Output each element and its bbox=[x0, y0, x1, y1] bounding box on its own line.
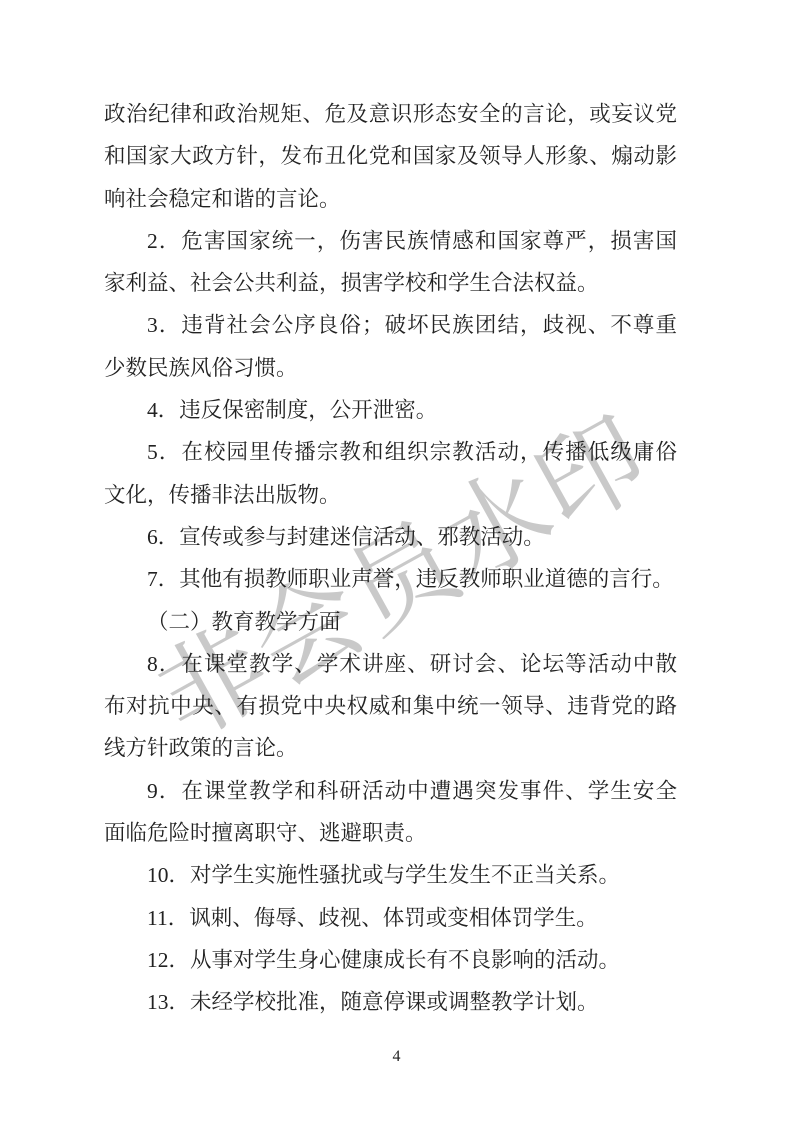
item-7: 7．其他有损教师职业声誉，违反教师职业道德的言行。 bbox=[104, 558, 677, 600]
item-3-line-2: 少数民族风俗习惯。 bbox=[104, 347, 677, 389]
item-1-continuation-line-3: 响社会稳定和谐的言论。 bbox=[104, 178, 677, 220]
item-9-line-1: 9．在课堂教学和科研活动中遭遇突发事件、学生安全 bbox=[104, 770, 677, 812]
item-2-line-1: 2．危害国家统一，伤害民族情感和国家尊严，损害国 bbox=[104, 220, 677, 262]
page-number: 4 bbox=[0, 1046, 793, 1068]
document-body: 政治纪律和政治规矩、危及意识形态安全的言论，或妄议党和国家大政方针，发布丑化党和… bbox=[104, 93, 677, 1024]
item-1-continuation-line-2: 和国家大政方针，发布丑化党和国家及领导人形象、煽动影 bbox=[104, 135, 677, 177]
item-8-line-1: 8．在课堂教学、学术讲座、研讨会、论坛等活动中散 bbox=[104, 643, 677, 685]
item-11: 11．讽刺、侮辱、歧视、体罚或变相体罚学生。 bbox=[104, 897, 677, 939]
item-10: 10．对学生实施性骚扰或与学生发生不正当关系。 bbox=[104, 854, 677, 896]
item-5-line-1: 5．在校园里传播宗教和组织宗教活动，传播低级庸俗 bbox=[104, 431, 677, 473]
section-heading: （二）教育教学方面 bbox=[104, 601, 677, 643]
item-5-line-2: 文化，传播非法出版物。 bbox=[104, 474, 677, 516]
item-4: 4．违反保密制度，公开泄密。 bbox=[104, 389, 677, 431]
item-8-line-3: 线方针政策的言论。 bbox=[104, 727, 677, 769]
document-page: 非会员水印 政治纪律和政治规矩、危及意识形态安全的言论，或妄议党和国家大政方针，… bbox=[0, 0, 793, 1122]
item-9-line-2: 面临危险时擅离职守、逃避职责。 bbox=[104, 812, 677, 854]
item-3-line-1: 3．违背社会公序良俗；破坏民族团结，歧视、不尊重 bbox=[104, 304, 677, 346]
item-6: 6．宣传或参与封建迷信活动、邪教活动。 bbox=[104, 516, 677, 558]
item-1-continuation-line-1: 政治纪律和政治规矩、危及意识形态安全的言论，或妄议党 bbox=[104, 93, 677, 135]
item-13: 13．未经学校批准，随意停课或调整教学计划。 bbox=[104, 981, 677, 1023]
item-2-line-2: 家利益、社会公共利益，损害学校和学生合法权益。 bbox=[104, 262, 677, 304]
item-8-line-2: 布对抗中央、有损党中央权威和集中统一领导、违背党的路 bbox=[104, 685, 677, 727]
item-12: 12．从事对学生身心健康成长有不良影响的活动。 bbox=[104, 939, 677, 981]
